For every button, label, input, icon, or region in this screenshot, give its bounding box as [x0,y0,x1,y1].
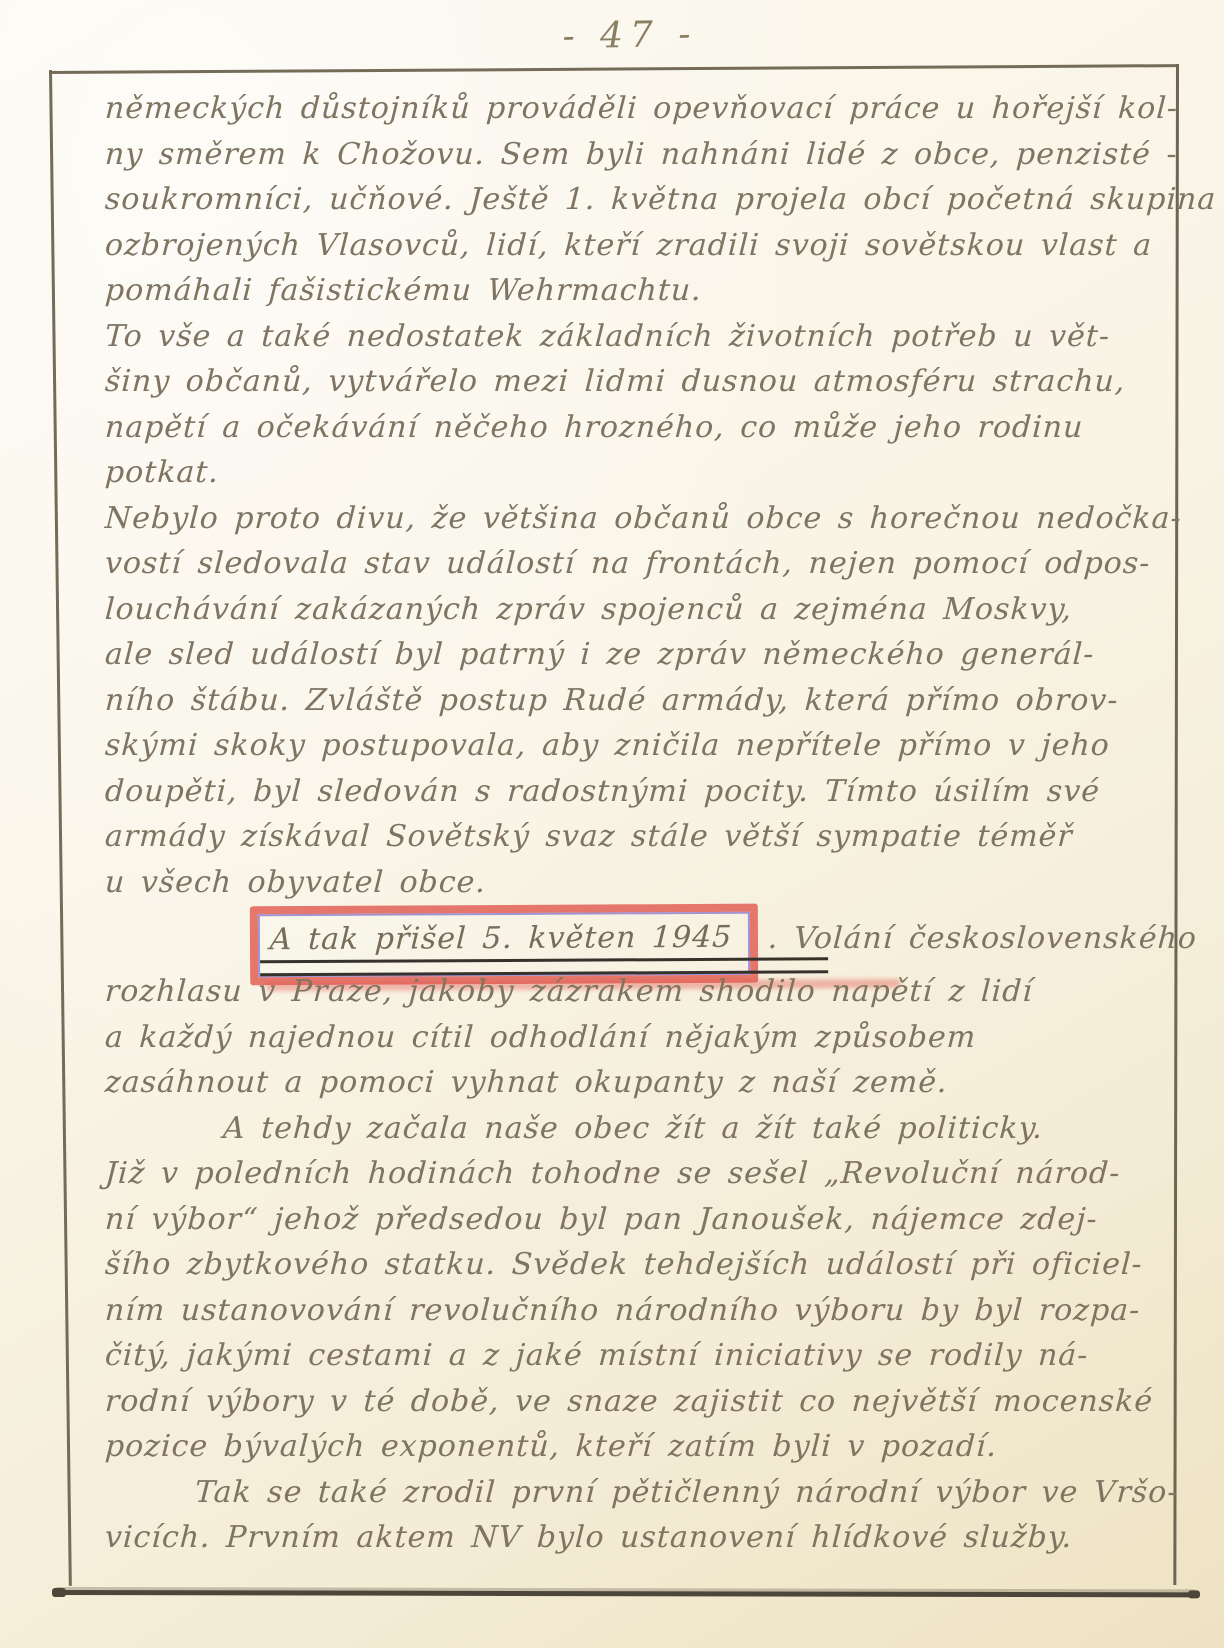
handwritten-line: A tak přišel 5. květen 1945. Volání česk… [105,905,1153,969]
handwritten-line: zasáhnout a pomoci vyhnat okupanty z naš… [105,1060,1153,1106]
handwritten-line: napětí a očekávání něčeho hrozného, co m… [105,405,1153,451]
line-text: armády získával Sovětský svaz stále větš… [104,814,1074,860]
handwritten-line: šiny občanů, vytvářelo mezi lidmi dusnou… [105,359,1153,405]
handwritten-line: ním ustanovování revolučního národního v… [105,1288,1153,1334]
handwritten-line: německých důstojníků prováděli opevňovac… [105,86,1153,132]
line-text: a každý najednou cítil odhodlání nějakým… [104,1015,978,1061]
handwritten-line: vicích. Prvním aktem NV bylo ustanovení … [105,1515,1153,1561]
handwritten-line: ní výbor“ jehož předsedou byl pan Janouš… [105,1197,1153,1243]
line-text: rozhlasu v Praze, jakoby zázrakem shodil… [104,969,1034,1015]
line-text: potkat. [104,450,220,496]
line-text: doupěti, byl sledován s radostnými pocit… [104,769,1101,815]
line-text: čitý, jakými cestami a z jaké místní ini… [104,1333,1090,1379]
line-text: zasáhnout a pomoci vyhnat okupanty z naš… [104,1060,949,1106]
handwritten-line: ale sled událostí byl patrný i ze zpráv … [105,632,1153,678]
line-text: To vše a také nedostatek základních živo… [104,314,1111,360]
handwritten-line: ozbrojených Vlasovců, lidí, kteří zradil… [105,223,1153,269]
highlighted-text: A tak přišel 5. květen 1945 [269,915,733,963]
handwritten-line: soukromníci, učňové. Ještě 1. května pro… [105,177,1153,223]
handwritten-line: Tak se také zrodil první pětičlenný náro… [105,1470,1153,1516]
handwritten-line: doupěti, byl sledován s radostnými pocit… [105,769,1153,815]
line-text: skými skoky postupovala, aby zničila nep… [104,723,1111,769]
line-text: Nebylo proto divu, že většina občanů obc… [104,496,1183,542]
line-text: u všech obyvatel obce. [104,860,487,906]
line-text: německých důstojníků prováděli opevňovac… [104,86,1179,132]
text-block: německých důstojníků prováděli opevňovac… [105,86,1153,1561]
handwritten-line: Nebylo proto divu, že většina občanů obc… [105,496,1153,542]
handwritten-line: potkat. [105,450,1153,496]
line-text: ozbrojených Vlasovců, lidí, kteří zradil… [104,223,1154,269]
handwritten-line: pomáhali fašistickému Wehrmachtu. [105,268,1153,314]
handwritten-line: armády získával Sovětský svaz stále větš… [105,814,1153,860]
line-text: ale sled událostí byl patrný i ze zpráv … [104,632,1096,678]
frame-top-line [49,64,1179,74]
line-text: pozice bývalých exponentů, kteří zatím b… [104,1424,999,1470]
handwritten-line: ního štábu. Zvláště postup Rudé armády, … [105,678,1153,724]
line-text: šiny občanů, vytvářelo mezi lidmi dusnou… [104,359,1127,405]
handwritten-line: u všech obyvatel obce. [105,860,1153,906]
handwritten-line: čitý, jakými cestami a z jaké místní ini… [105,1333,1153,1379]
line-text: . Volání československého [767,916,1198,962]
line-text: pomáhali fašistickému Wehrmachtu. [104,268,703,314]
line-text: vicích. Prvním aktem NV bylo ustanovení … [104,1515,1074,1561]
line-text: ního štábu. Zvláště postup Rudé armády, … [104,678,1120,724]
handwritten-line: A tehdy začala naše obec žít a žít také … [105,1106,1153,1152]
line-text: šího zbytkového statku. Svědek tehdejšíc… [104,1242,1144,1288]
handwritten-line: To vše a také nedostatek základních živo… [105,314,1153,360]
line-text: ní výbor“ jehož předsedou byl pan Janouš… [104,1197,1099,1243]
frame-right-line [1173,64,1179,1585]
line-text: louchávání zakázaných zpráv spojenců a z… [104,587,1073,633]
scanned-manuscript-page: - 47 - německých důstojníků prováděli op… [0,0,1224,1648]
handwritten-line: a každý najednou cítil odhodlání nějakým… [105,1015,1153,1061]
line-text: Tak se také zrodil první pětičlenný náro… [194,1470,1180,1516]
handwritten-line: rodní výbory v té době, ve snaze zajisti… [105,1379,1153,1425]
handwritten-line: louchávání zakázaných zpráv spojenců a z… [105,587,1153,633]
line-text: ny směrem k Chožovu. Sem byli nahnáni li… [104,132,1179,178]
handwritten-line: pozice bývalých exponentů, kteří zatím b… [105,1424,1153,1470]
line-text: soukromníci, učňové. Ještě 1. května pro… [104,177,1218,223]
page-number: - 47 - [420,10,841,61]
line-text: napětí a očekávání něčeho hrozného, co m… [104,405,1085,451]
handwritten-line: skými skoky postupovala, aby zničila nep… [105,723,1153,769]
handwritten-line: ny směrem k Chožovu. Sem byli nahnáni li… [105,132,1153,178]
line-text: Již v poledních hodinách tohodne se seše… [104,1151,1122,1197]
handwritten-line: vostí sledovala stav událostí na frontác… [105,541,1153,587]
line-text: vostí sledovala stav událostí na frontác… [104,541,1152,587]
purple-ink-box: A tak přišel 5. květen 1945 [258,912,751,977]
frame-bottom-rule [56,1590,1196,1597]
line-text: rodní výbory v té době, ve snaze zajisti… [104,1379,1154,1425]
handwritten-line: šího zbytkového statku. Svědek tehdejšíc… [105,1242,1153,1288]
frame-left-line [49,70,72,1586]
line-text: ním ustanovování revolučního národního v… [104,1288,1142,1334]
handwritten-line: Již v poledních hodinách tohodne se seše… [105,1151,1153,1197]
line-text: A tehdy začala naše obec žít a žít také … [222,1106,1044,1152]
handwritten-line: rozhlasu v Praze, jakoby zázrakem shodil… [105,969,1153,1015]
